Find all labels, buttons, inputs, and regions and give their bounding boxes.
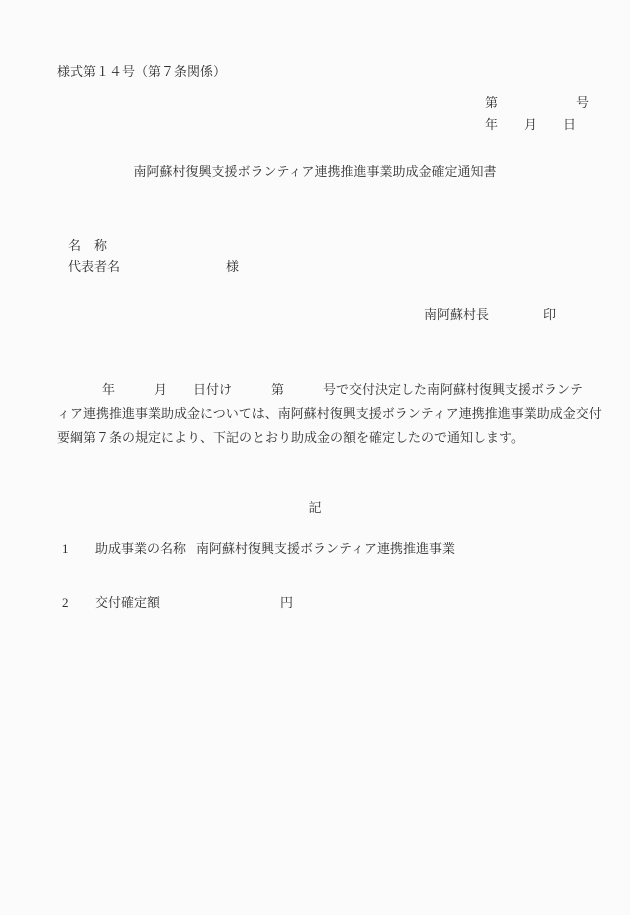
recipient-name-label: 名 称 (68, 238, 107, 254)
item-1-number: 1 (62, 541, 69, 557)
recipient-representative-label: 代表者名 (68, 259, 120, 275)
recipient-honorific: 様 (226, 259, 239, 275)
document-page: 様式第１４号（第７条関係） 第 号 年 月 日 南阿蘇村復興支援ボランティア連携… (0, 0, 630, 915)
item-1-value: 南阿蘇村復興支援ボランティア連携推進事業 (196, 541, 455, 557)
item-2-value: 円 (280, 595, 293, 611)
issue-number-line: 第 号 (485, 95, 589, 111)
item-1-label: 助成事業の名称 (95, 541, 186, 557)
body-line-2: ィア連携推進事業助成金については、南阿蘇村復興支援ボランティア連携推進事業助成金… (57, 402, 623, 426)
document-title: 南阿蘇村復興支援ボランティア連携推進事業助成金確定通知書 (0, 164, 630, 180)
issuer-title: 南阿蘇村長 (424, 307, 489, 323)
record-marker: 記 (0, 500, 630, 516)
body-paragraph: 年 月 日付け 第 号で交付決定した南阿蘇村復興支援ボランテ ィア連携推進事業助… (57, 378, 623, 450)
item-2-number: 2 (62, 595, 69, 611)
form-number: 様式第１４号（第７条関係） (57, 64, 226, 80)
body-line-1: 年 月 日付け 第 号で交付決定した南阿蘇村復興支援ボランテ (57, 378, 623, 402)
body-line-3: 要綱第７条の規定により、下記のとおり助成金の額を確定したので通知します。 (57, 426, 623, 450)
date-line: 年 月 日 (485, 117, 576, 133)
item-2-label: 交付確定額 (95, 595, 160, 611)
seal-mark: 印 (543, 307, 556, 323)
